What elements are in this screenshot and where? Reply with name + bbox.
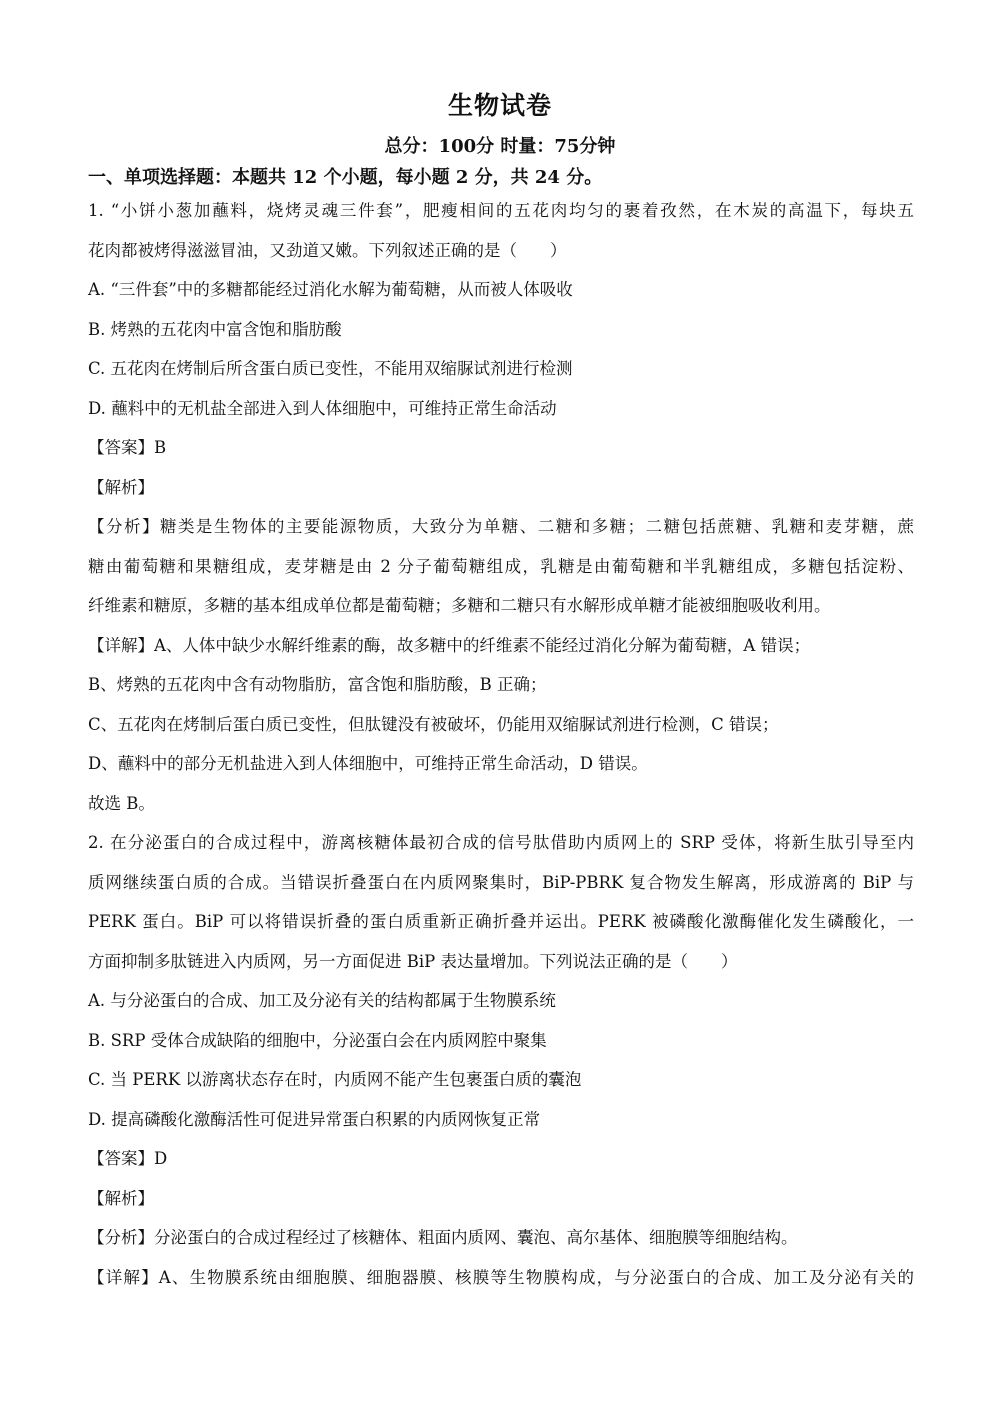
analysis-line: 糖由葡萄糖和果糖组成，麦芽糖是由 2 分子葡萄糖组成，乳糖是由葡萄糖和半乳糖组成… [88, 556, 914, 578]
detail-line: D、蘸料中的部分无机盐进入到人体细胞中，可维持正常生命活动，D 错误。 [88, 753, 914, 775]
analysis-label: 【解析】 [88, 477, 914, 499]
question-stem-line: PERK 蛋白。BiP 可以将错误折叠的蛋白质重新正确折叠并运出。PERK 被磷… [88, 911, 914, 933]
question-stem-line: 2. 在分泌蛋白的合成过程中，游离核糖体最初合成的信号肽借助内质网上的 SRP … [88, 832, 914, 854]
answer: 【答案】B [88, 437, 914, 459]
question-stem-line: 质网继续蛋白质的合成。当错误折叠蛋白在内质网聚集时，BiP-PBRK 复合物发生… [88, 872, 914, 894]
option-d: D. 提高磷酸化激酶活性可促进异常蛋白积累的内质网恢复正常 [88, 1109, 914, 1131]
detail-line: B、烤熟的五花肉中含有动物脂肪，富含饱和脂肪酸，B 正确； [88, 674, 914, 696]
section-heading: 一、单项选择题：本题共 12 个小题，每小题 2 分，共 24 分。 [88, 163, 602, 189]
option-a: A. 与分泌蛋白的合成、加工及分泌有关的结构都属于生物膜系统 [88, 990, 914, 1012]
analysis-line: 【分析】分泌蛋白的合成过程经过了核糖体、粗面内质网、囊泡、高尔基体、细胞膜等细胞… [88, 1227, 914, 1249]
question-stem-line: 1. “小饼小葱加蘸料，烧烤灵魂三件套”，肥瘦相间的五花肉均匀的裹着孜然，在木炭… [88, 200, 914, 222]
option-c: C. 当 PERK 以游离状态存在时，内质网不能产生包裹蛋白质的囊泡 [88, 1069, 914, 1091]
analysis-line: 【分析】糖类是生物体的主要能源物质，大致分为单糖、二糖和多糖；二糖包括蔗糖、乳糖… [88, 516, 914, 538]
question-stem-line: 方面抑制多肽链进入内质网，另一方面促进 BiP 表达量增加。下列说法正确的是（ … [88, 951, 914, 973]
option-b: B. 烤熟的五花肉中富含饱和脂肪酸 [88, 319, 914, 341]
conclusion: 故选 B。 [88, 793, 914, 815]
answer: 【答案】D [88, 1148, 914, 1170]
detail-line: 【详解】A、生物膜系统由细胞膜、细胞器膜、核膜等生物膜构成，与分泌蛋白的合成、加… [88, 1267, 914, 1289]
option-c: C. 五花肉在烤制后所含蛋白质已变性，不能用双缩脲试剂进行检测 [88, 358, 914, 380]
option-d: D. 蘸料中的无机盐全部进入到人体细胞中，可维持正常生命活动 [88, 398, 914, 420]
detail-line: 【详解】A、人体中缺少水解纤维素的酶，故多糖中的纤维素不能经过消化分解为葡萄糖，… [88, 635, 914, 657]
analysis-label: 【解析】 [88, 1188, 914, 1210]
analysis-line: 纤维素和糖原，多糖的基本组成单位都是葡萄糖；多糖和二糖只有水解形成单糖才能被细胞… [88, 595, 914, 617]
question-stem-line: 花肉都被烤得滋滋冒油，又劲道又嫩。下列叙述正确的是（ ） [88, 240, 914, 262]
exam-info: 总分：100分 时量：75分钟 [0, 132, 1000, 158]
option-b: B. SRP 受体合成缺陷的细胞中，分泌蛋白会在内质网腔中聚集 [88, 1030, 914, 1052]
detail-line: C、五花肉在烤制后蛋白质已变性，但肽键没有被破坏，仍能用双缩脲试剂进行检测，C … [88, 714, 914, 736]
option-a: A. “三件套”中的多糖都能经过消化水解为葡萄糖，从而被人体吸收 [88, 279, 914, 301]
page-title: 生物试卷 [0, 86, 1000, 122]
